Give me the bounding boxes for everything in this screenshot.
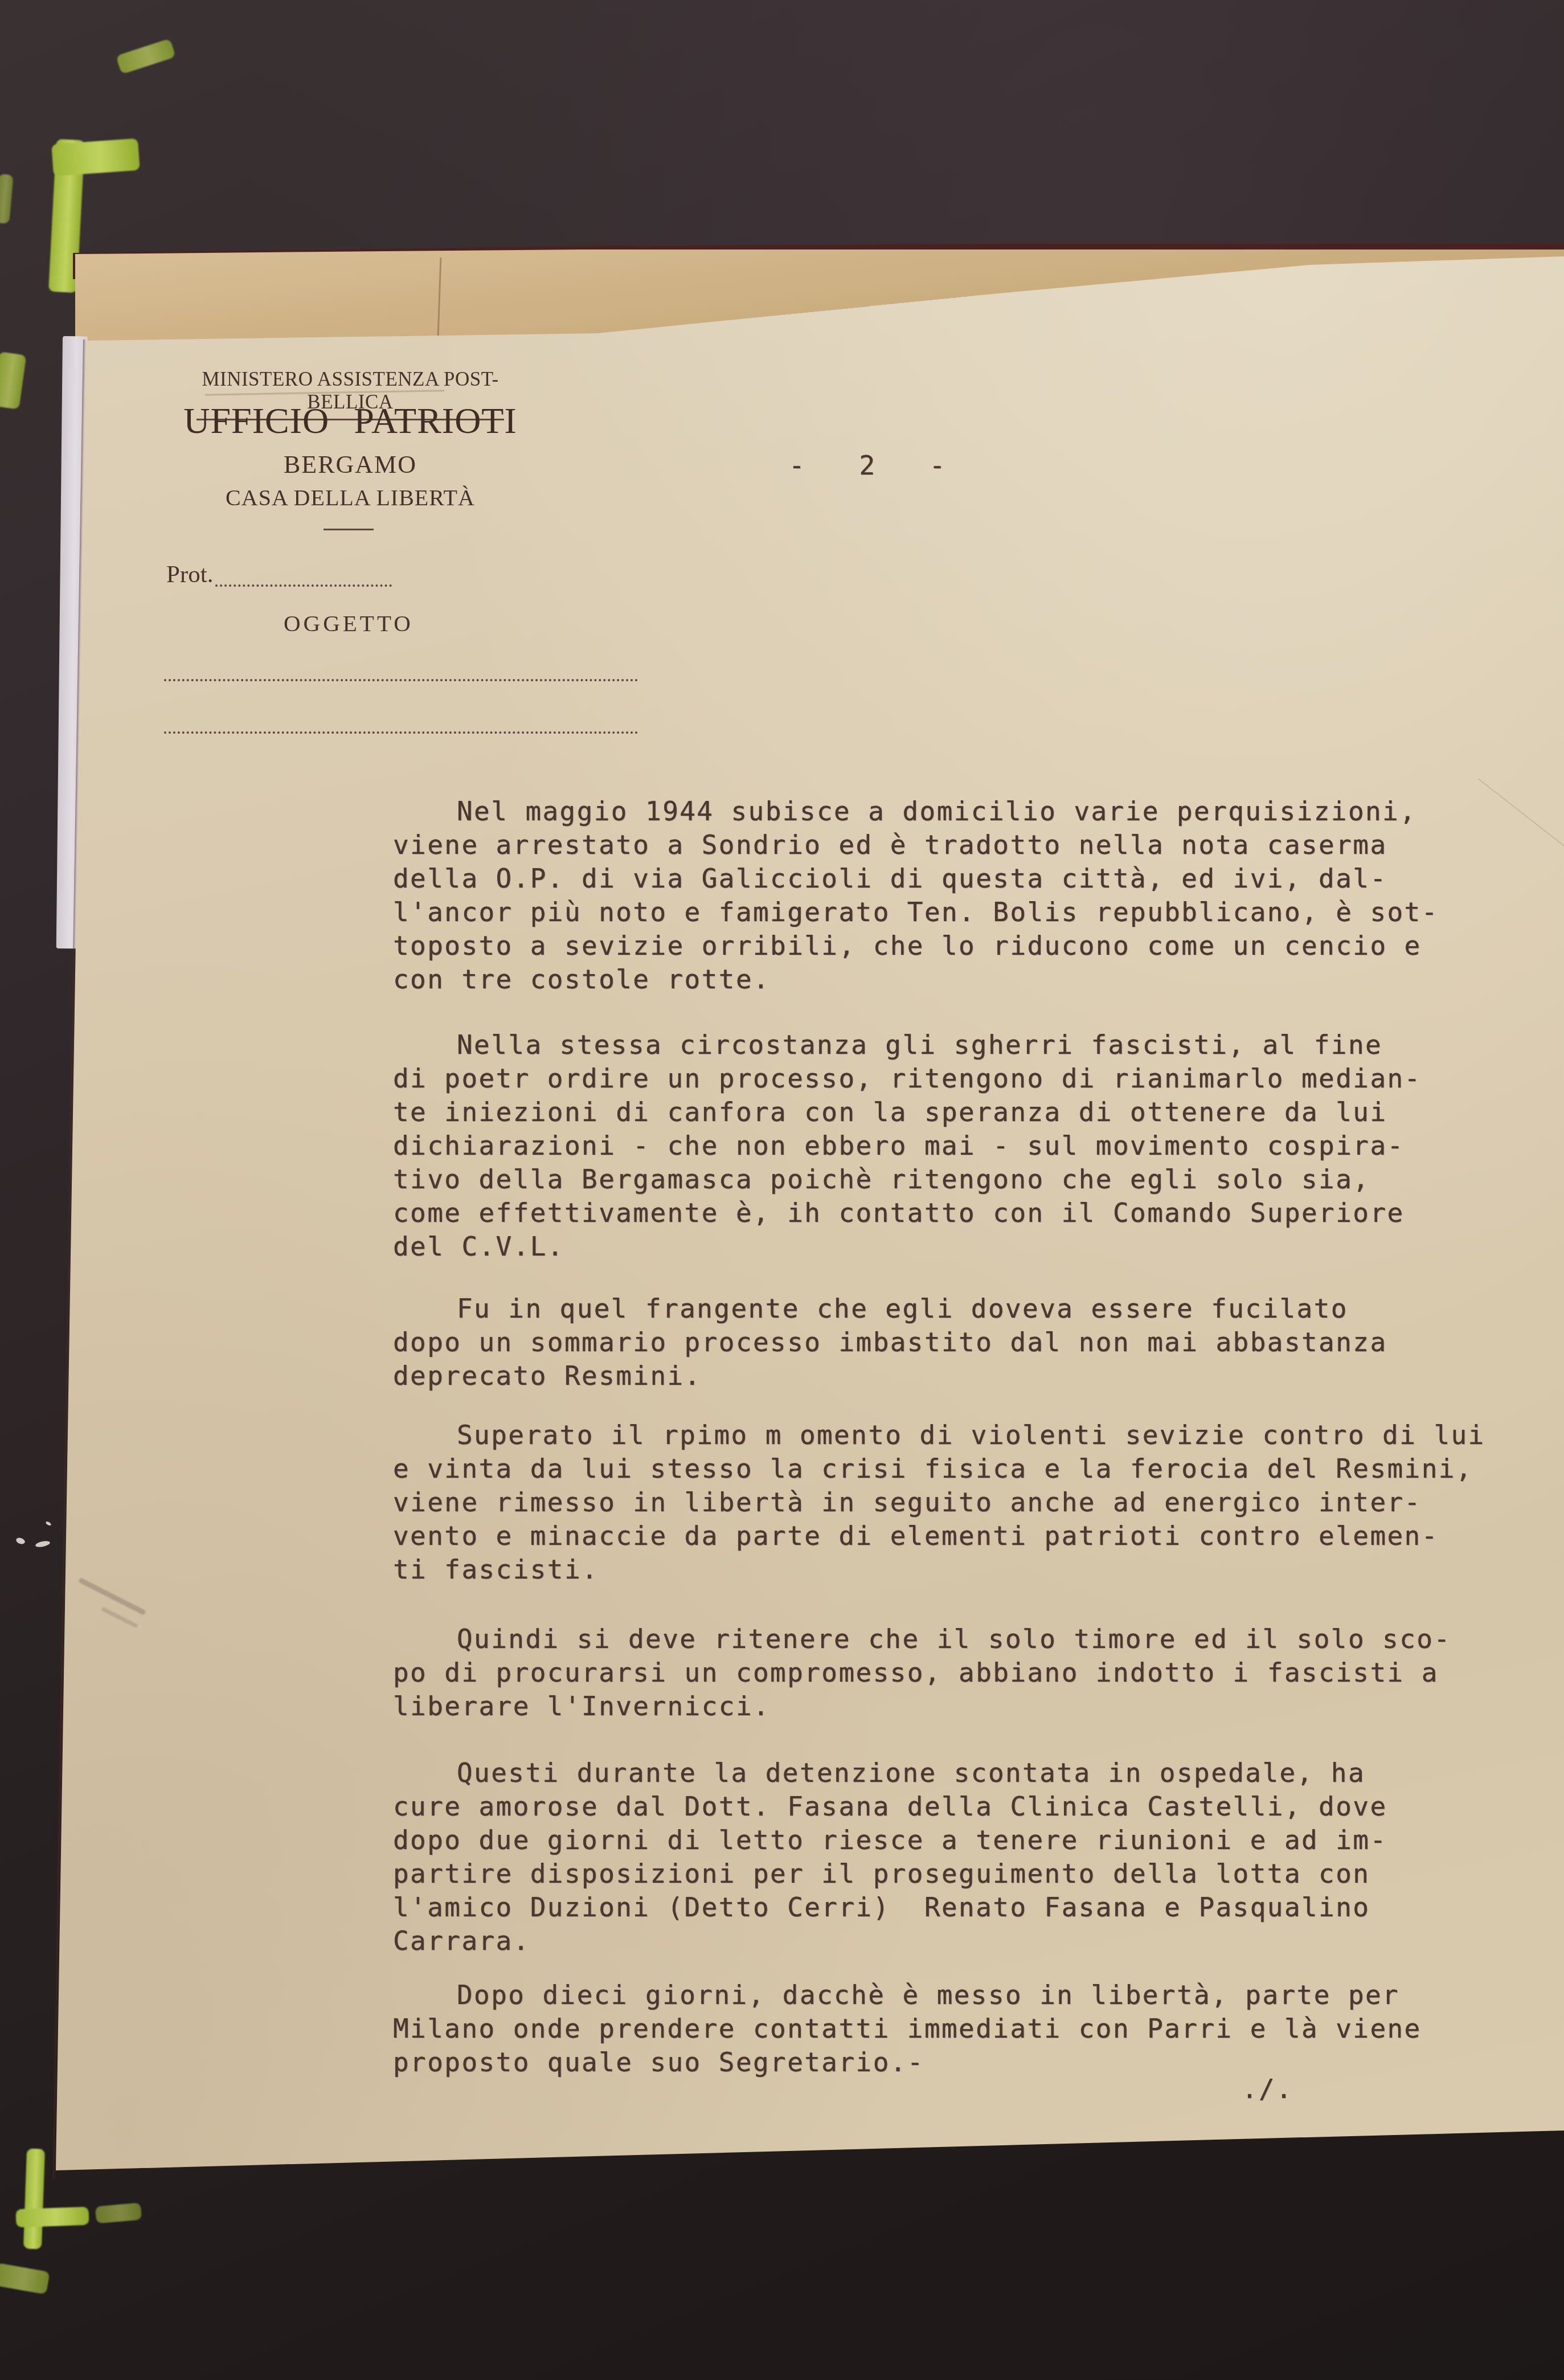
highlighter-mark-bottom-horizontal xyxy=(15,2207,89,2227)
body-paragraph-6: Questi durante la detenzione scontata in… xyxy=(393,1756,1475,1958)
typed-line: Milano onde prendere contatti immediati … xyxy=(393,2012,1475,2046)
typed-line: po di procurarsi un compromesso, abbiano… xyxy=(393,1656,1475,1690)
typed-line: viene arrestato a Sondrio ed è tradotto … xyxy=(393,828,1475,862)
typed-line: di poetr ordire un processo, ritengono d… xyxy=(393,1062,1475,1095)
typed-line: dopo due giorni di letto riesce a tenere… xyxy=(393,1823,1475,1857)
typed-line: con tre costole rotte. xyxy=(393,963,1475,996)
typed-line: toposto a sevizie orribili, che lo riduc… xyxy=(393,929,1475,963)
oggetto-label: OGGETTO xyxy=(284,610,413,637)
typed-line: dopo un sommario processo imbastito dal … xyxy=(393,1326,1475,1359)
document-page: MINISTERO ASSISTENZA POST-BELLICA UFFICI… xyxy=(0,0,1564,2380)
typed-line: vento e minaccie da parte di elementi pa… xyxy=(393,1519,1475,1553)
protocol-dotted-line xyxy=(215,570,392,587)
typed-line: cure amorose dal Dott. Fasana della Clin… xyxy=(393,1790,1475,1823)
typed-line: tivo della Bergamasca poichè ritengono c… xyxy=(393,1163,1475,1196)
body-paragraph-7: Dopo dieci giorni, dacchè è messo in lib… xyxy=(393,1978,1475,2079)
protocol-label: Prot. xyxy=(166,561,213,588)
letterhead-city: BERGAMO xyxy=(168,450,533,479)
body-paragraph-3: Fu in quel frangente che egli doveva ess… xyxy=(393,1292,1475,1393)
typed-line: Nel maggio 1944 subisce a domicilio vari… xyxy=(393,795,1475,828)
typed-line: e vinta da lui stesso la crisi fisica e … xyxy=(393,1452,1475,1486)
typed-line: proposto quale suo Segretario.- xyxy=(393,2046,1475,2079)
body-paragraph-5: Quindi si deve ritenere che il solo timo… xyxy=(393,1622,1475,1723)
typed-line: Questi durante la detenzione scontata in… xyxy=(393,1756,1475,1790)
highlighter-mark-top-horizontal xyxy=(51,138,140,176)
typed-line: del C.V.L. xyxy=(393,1230,1475,1263)
continuation-mark: ./. xyxy=(1242,2074,1293,2104)
typed-line: Nella stessa circostanza gli sgherri fas… xyxy=(393,1028,1475,1062)
letterhead-office: UFFICIO PATRIOTI xyxy=(168,400,533,442)
typed-line: Superato il rpimo m omento di violenti s… xyxy=(393,1418,1475,1452)
page-crease-corner xyxy=(1478,778,1564,863)
typed-line: deprecato Resmini. xyxy=(393,1359,1475,1393)
pencil-smudge xyxy=(78,1577,146,1616)
page-number: - 2 - xyxy=(789,450,964,481)
typed-line: Quindi si deve ritenere che il solo timo… xyxy=(393,1622,1475,1656)
letterhead-rule xyxy=(324,529,374,530)
typed-line: dichiarazioni - che non ebbero mai - sul… xyxy=(393,1129,1475,1163)
typed-line: te iniezioni di canfora con la speranza … xyxy=(393,1095,1475,1129)
highlighter-mark-bottom-vertical xyxy=(23,2148,45,2249)
typed-line: ti fascisti. xyxy=(393,1553,1475,1586)
typed-line: della O.P. di via Galiccioli di questa c… xyxy=(393,862,1475,895)
typed-line: partire disposizioni per il proseguiment… xyxy=(393,1857,1475,1891)
typed-line: come effettivamente è, ih contatto con i… xyxy=(393,1196,1475,1230)
typed-line: l'amico Duzioni (Detto Cerri) Renato Fas… xyxy=(393,1891,1475,1924)
typed-line: viene rimesso in libertà in seguito anch… xyxy=(393,1486,1475,1519)
typed-line: l'ancor più noto e famigerato Ten. Bolis… xyxy=(393,895,1475,929)
body-paragraph-4: Superato il rpimo m omento di violenti s… xyxy=(393,1418,1475,1586)
typed-line: liberare l'Invernicci. xyxy=(393,1690,1475,1723)
oggetto-dotted-line-1 xyxy=(164,679,638,681)
oggetto-dotted-line-2 xyxy=(164,731,638,734)
letterhead-building: CASA DELLA LIBERTÀ xyxy=(168,484,533,511)
body-paragraph-2: Nella stessa circostanza gli sgherri fas… xyxy=(393,1028,1475,1263)
typed-line: Dopo dieci giorni, dacchè è messo in lib… xyxy=(393,1978,1475,2012)
typed-line: Fu in quel frangente che egli doveva ess… xyxy=(393,1292,1475,1326)
body-paragraph-1: Nel maggio 1944 subisce a domicilio vari… xyxy=(393,795,1475,996)
typed-line: Carrara. xyxy=(393,1924,1475,1958)
